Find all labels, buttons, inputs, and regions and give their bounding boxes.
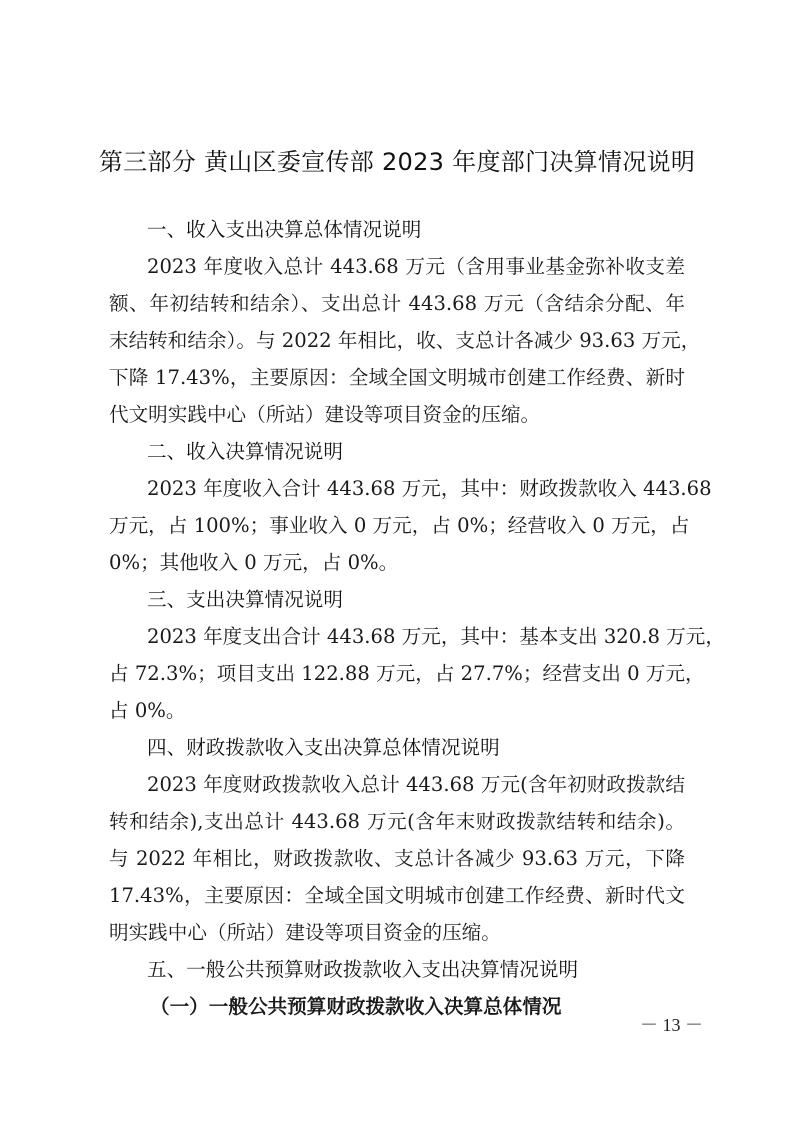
paragraph-line: 占 0%。 bbox=[109, 701, 186, 721]
paragraph-line: 2023 年度支出合计 443.68 万元，其中：基本支出 320.8 万元， bbox=[147, 627, 685, 647]
paragraph-line: 2023 年度收入合计 443.68 万元，其中：财政拨款收入 443.68 bbox=[147, 479, 685, 499]
page-title: 第三部分 黄山区委宣传部 2023 年度部门决算情况说明 bbox=[0, 142, 794, 177]
paragraph-line: 代文明实践中心（所站）建设等项目资金的压缩。 bbox=[109, 405, 540, 425]
paragraph-line: 与 2022 年相比，财政拨款收、支总计各减少 93.63 万元，下降 bbox=[109, 849, 685, 869]
paragraph-line: 转和结余),支出总计 443.68 万元(含年末财政拨款结转和结余)。 bbox=[109, 812, 685, 832]
paragraph-line: 明实践中心（所站）建设等项目资金的压缩。 bbox=[109, 923, 501, 943]
paragraph-line: 2023 年度财政拨款收入总计 443.68 万元(含年初财政拨款结 bbox=[147, 775, 685, 795]
document-page: 第三部分 黄山区委宣传部 2023 年度部门决算情况说明 一、收入支出决算总体情… bbox=[0, 0, 794, 1122]
page-number: － 13 － bbox=[640, 1011, 703, 1037]
paragraph-line: 万元，占 100%；事业收入 0 万元，占 0%；经营收入 0 万元，占 bbox=[109, 516, 685, 536]
section-heading: 二、收入决算情况说明 bbox=[147, 442, 343, 462]
paragraph-line: 末结转和结余）。与 2022 年相比，收、支总计各减少 93.63 万元， bbox=[109, 331, 685, 351]
paragraph-line: 17.43%，主要原因：全域全国文明城市创建工作经费、新时代文 bbox=[109, 886, 685, 906]
section-heading: 四、财政拨款收入支出决算总体情况说明 bbox=[147, 738, 500, 758]
section-heading: 一、收入支出决算总体情况说明 bbox=[147, 220, 421, 240]
paragraph-line: 下降 17.43%，主要原因：全域全国文明城市创建工作经费、新时 bbox=[109, 368, 685, 388]
section-heading: 三、支出决算情况说明 bbox=[147, 590, 343, 610]
paragraph-line: 占 72.3%；项目支出 122.88 万元，占 27.7%；经营支出 0 万元… bbox=[109, 664, 685, 684]
section-heading: 五、一般公共预算财政拨款收入支出决算情况说明 bbox=[147, 960, 578, 980]
paragraph-line: 0%；其他收入 0 万元，占 0%。 bbox=[109, 553, 398, 573]
paragraph-line: 2023 年度收入总计 443.68 万元（含用事业基金弥补收支差 bbox=[147, 257, 685, 277]
paragraph-line: 额、年初结转和结余）、支出总计 443.68 万元（含结余分配、年 bbox=[109, 294, 685, 314]
subsection-heading: （一）一般公共预算财政拨款收入决算总体情况 bbox=[150, 997, 561, 1017]
